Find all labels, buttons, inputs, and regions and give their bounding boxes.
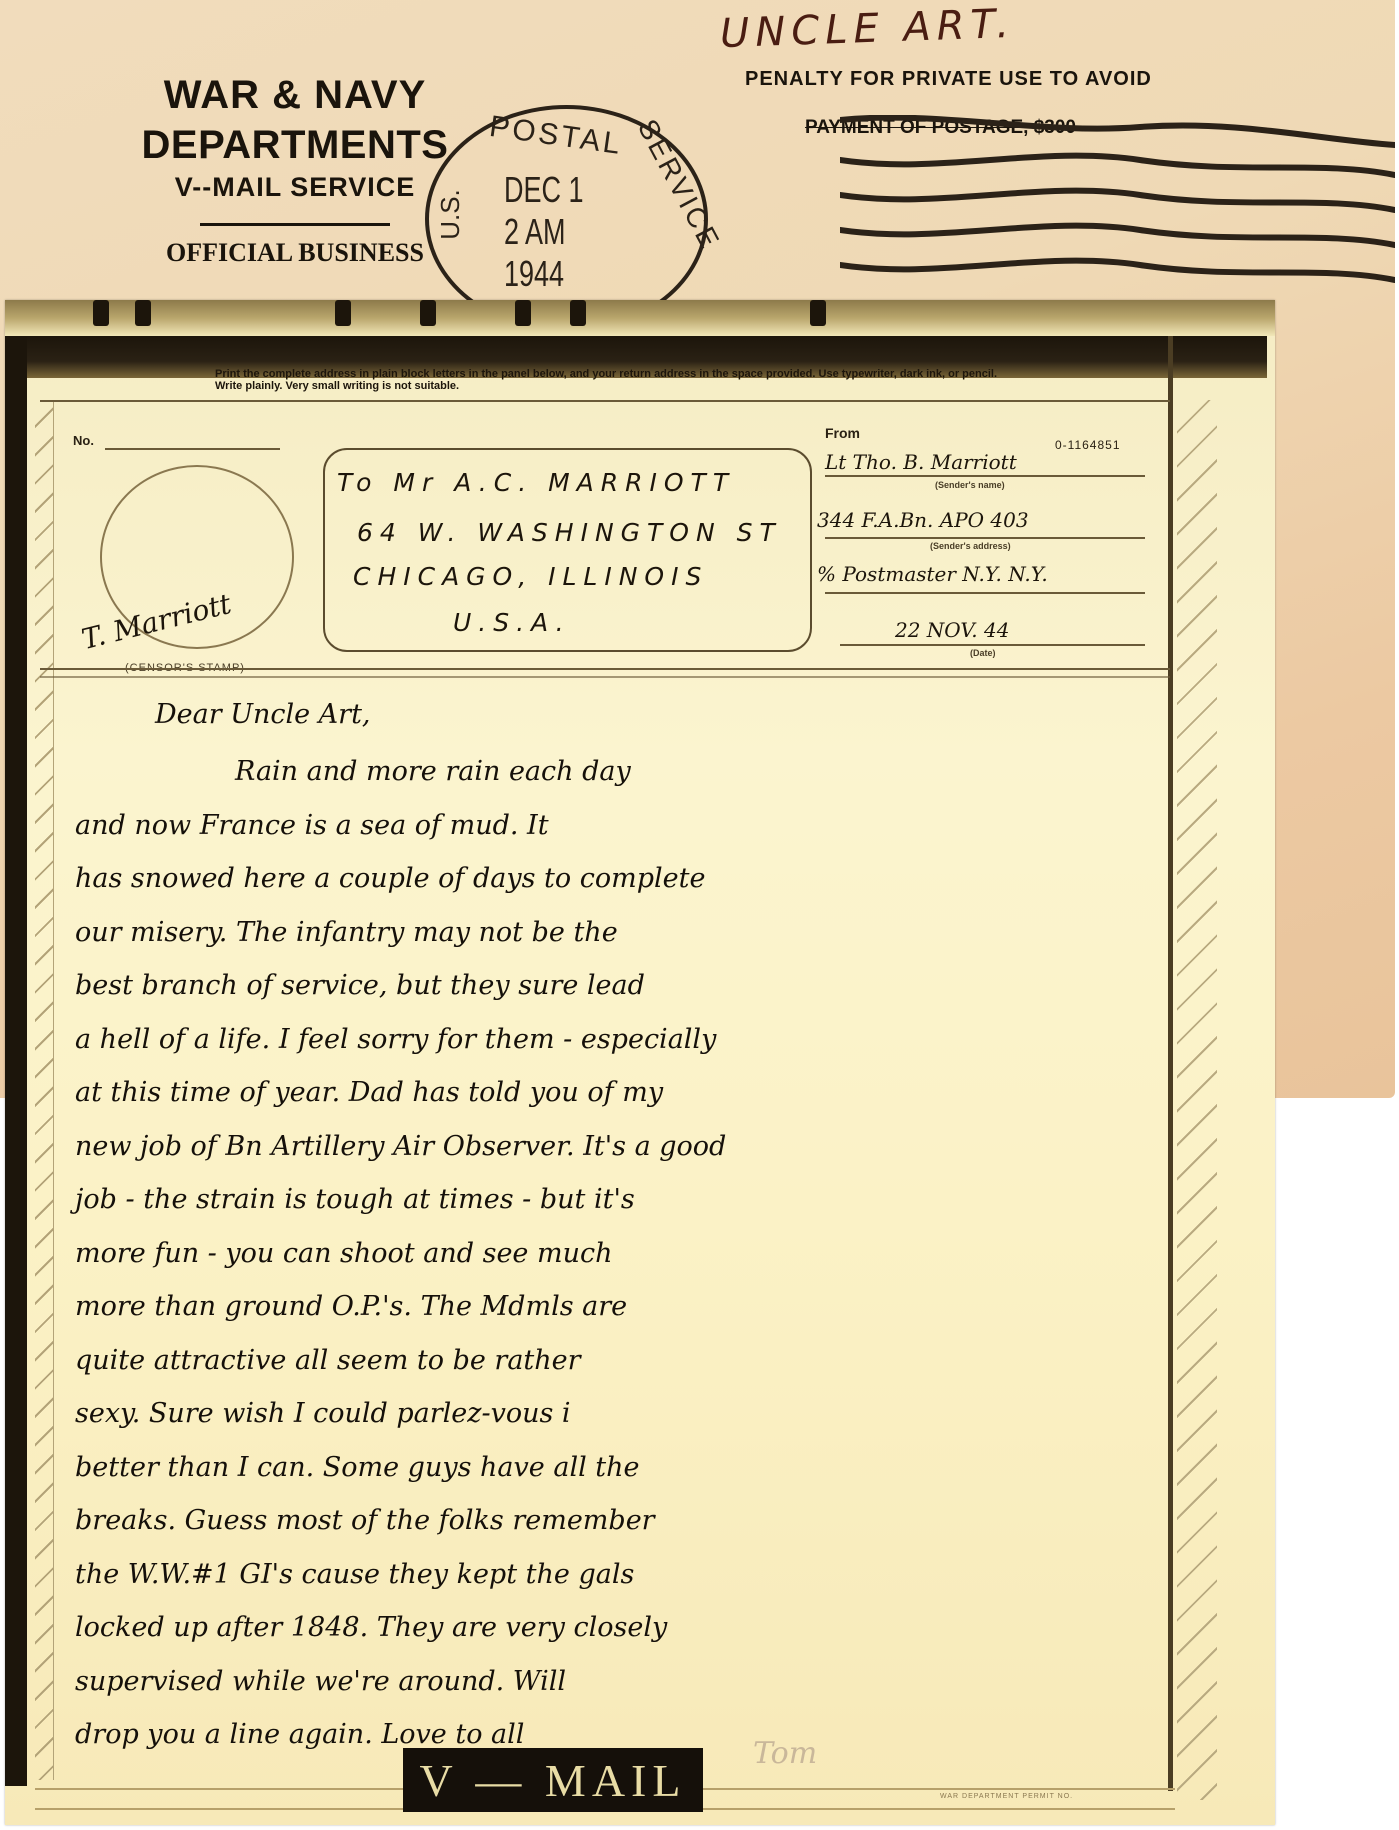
letter-date: 22 NOV. 44 — [895, 618, 1009, 642]
postmark-us: U.S. — [435, 189, 466, 240]
sender-name-line — [825, 475, 1145, 477]
sender-serial-number: 0-1164851 — [1055, 438, 1121, 452]
body-line: a hell of a life. I feel sorry for them … — [75, 1013, 1165, 1067]
body-line: and now France is a sea of mud. It — [75, 799, 1165, 853]
penalty-notice: PENALTY FOR PRIVATE USE TO AVOID — [745, 68, 1152, 91]
cancellation-wavy-lines-icon — [840, 115, 1395, 285]
body-line: sexy. Sure wish I could parlez-vous i — [75, 1387, 1165, 1441]
form-instructions: Print the complete address in plain bloc… — [215, 368, 1015, 392]
recipient-name: To Mr A.C. MARRIOTT — [337, 468, 735, 497]
film-perforation — [420, 300, 436, 326]
body-line: more than ground O.P.'s. The Mdmls are — [75, 1280, 1165, 1334]
recipient-street: 64 W. WASHINGTON ST — [357, 518, 782, 547]
vmail-badge: V — MAIL — [403, 1748, 703, 1812]
number-label: No. — [73, 433, 94, 448]
postmark-arc-text: POSTAL — [487, 110, 625, 162]
body-line: new job of Bn Artillery Air Observer. It… — [75, 1120, 1165, 1174]
right-hatched-margin — [1177, 400, 1217, 1800]
body-line: quite attractive all seem to be rather — [75, 1334, 1165, 1388]
sender-postmaster-line — [825, 592, 1145, 594]
salutation: Dear Uncle Art, — [155, 685, 1165, 745]
body-line: best branch of service, but they sure le… — [75, 959, 1165, 1013]
body-line: locked up after 1848. They are very clos… — [75, 1601, 1165, 1655]
film-perforation — [135, 300, 151, 326]
body-line: at this time of year. Dad has told you o… — [75, 1066, 1165, 1120]
postmark-arc-text-2: SERVICE — [631, 114, 727, 256]
form-section-rule — [40, 668, 1170, 670]
body-line: Rain and more rain each day — [75, 745, 1165, 799]
body-line: the W.W.#1 GI's cause they kept the gals — [75, 1548, 1165, 1602]
form-top-rule — [40, 400, 1170, 402]
footer-permit-text: WAR DEPARTMENT PERMIT NO. — [940, 1793, 1073, 1800]
body-line: has snowed here a couple of days to comp… — [75, 852, 1165, 906]
body-line: our misery. The infantry may not be the — [75, 906, 1165, 960]
film-perforation — [810, 300, 826, 326]
from-label: From — [825, 425, 860, 441]
number-field-line — [105, 448, 280, 450]
right-border-rule — [1168, 336, 1173, 1791]
body-line: supervised while we're around. Will — [75, 1655, 1165, 1709]
film-perforation — [570, 300, 586, 326]
postmark-time: 2 AM — [504, 211, 584, 253]
postmark-month-day: DEC 1 — [504, 169, 584, 211]
letter-signature: Tom — [753, 1736, 817, 1771]
postmark-year: 1944 — [504, 253, 584, 295]
film-perforation — [335, 300, 351, 326]
postmark-stamp: POSTAL SERVICE U.S. DEC 1 2 AM 1944 — [425, 105, 708, 333]
recipient-country: U.S.A. — [453, 608, 571, 637]
header-departments: DEPARTMENTS — [95, 120, 495, 170]
handwritten-addressee-note: UNCLE ART. — [719, 1, 1015, 57]
left-hatched-margin — [35, 400, 54, 1780]
sender-name: Lt Tho. B. Marriott — [825, 450, 1017, 474]
body-line: breaks. Guess most of the folks remember — [75, 1494, 1165, 1548]
film-perforation — [515, 300, 531, 326]
microfilm-strip — [5, 300, 1275, 336]
vmail-letter-sheet: Print the complete address in plain bloc… — [5, 300, 1275, 1825]
date-line — [840, 644, 1145, 646]
sender-address: 344 F.A.Bn. APO 403 — [817, 508, 1029, 532]
sender-postmaster: % Postmaster N.Y. N.Y. — [817, 562, 1048, 586]
sender-address-line — [825, 537, 1145, 539]
header-war-navy: WAR & NAVY — [95, 70, 495, 120]
header-divider — [200, 223, 390, 226]
left-dark-edge — [5, 336, 27, 1786]
postmark-date: DEC 1 2 AM 1944 — [504, 169, 584, 295]
recipient-city: CHICAGO, ILLINOIS — [353, 562, 708, 591]
film-perforation — [93, 300, 109, 326]
body-line: more fun - you can shoot and see much — [75, 1227, 1165, 1281]
body-line: better than I can. Some guys have all th… — [75, 1441, 1165, 1495]
sender-address-caption: (Sender's address) — [930, 541, 1011, 551]
letter-body: Dear Uncle Art, Rain and more rain each … — [75, 685, 1165, 1762]
form-section-rule-2 — [40, 676, 1170, 678]
body-line: job - the strain is tough at times - but… — [75, 1173, 1165, 1227]
sender-name-caption: (Sender's name) — [935, 480, 1005, 490]
date-caption: (Date) — [970, 648, 996, 658]
